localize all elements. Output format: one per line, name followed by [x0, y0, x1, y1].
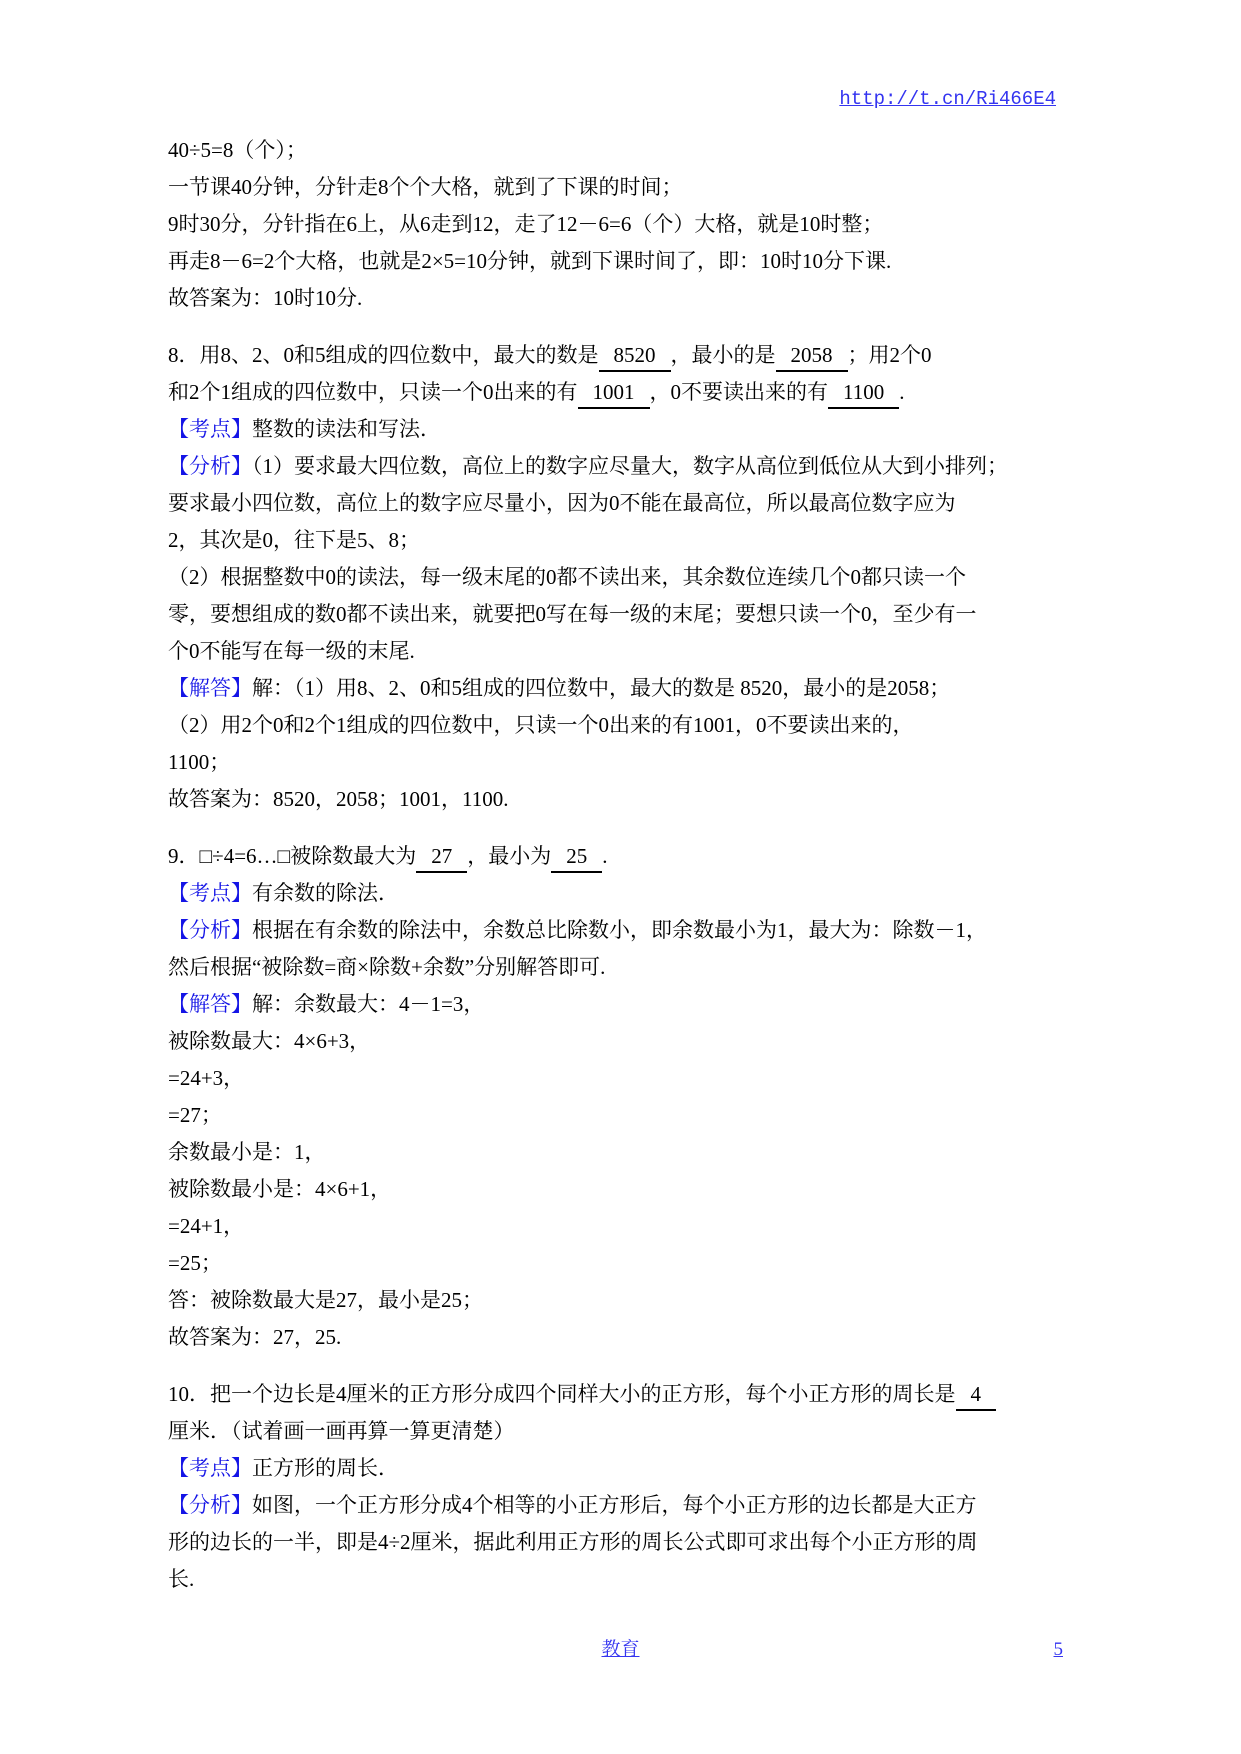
text-line: =24+3， — [168, 1060, 1078, 1097]
text-line: 9时30分，分针指在6上，从6走到12，走了12－6=6（个）大格，就是10时整… — [168, 206, 1078, 243]
line-text: （1）要求最大四位数，高位上的数字应尽量大，数字从高位到低位从大到小排列； — [252, 454, 1008, 478]
line-text: 个0不能写在每一级的末尾. — [168, 639, 415, 663]
answer-blank: 2058 — [776, 340, 848, 372]
line-text: =25； — [168, 1251, 222, 1275]
line-text: 故答案为：10时10分. — [168, 286, 362, 310]
line-text: 如图，一个正方形分成4个相等的小正方形后，每个小正方形的边长都是大正方 — [252, 1493, 977, 1517]
text-line: 余数最小是：1， — [168, 1134, 1078, 1171]
text-line: 厘米．（试着画一画再算一算更清楚） — [168, 1413, 1078, 1450]
section-gap — [168, 818, 1078, 838]
line-text: 故答案为：27，25. — [168, 1325, 341, 1349]
topic-tag: 【解答】 — [168, 676, 252, 700]
line-text: 被除数最大：4×6+3， — [168, 1029, 370, 1053]
document-body: 40÷5=8（个）；一节课40分钟，分针走8个个大格，就到了下课的时间；9时30… — [168, 132, 1078, 1598]
text-line: 被除数最小是：4×6+1， — [168, 1171, 1078, 1208]
answer-blank: 8520 — [599, 340, 671, 372]
line-text: 长. — [168, 1567, 194, 1591]
text-line: 【考点】整数的读法和写法． — [168, 411, 1078, 448]
topic-tag: 【考点】 — [168, 417, 252, 441]
section-gap — [168, 1356, 1078, 1376]
topic-tag: 【考点】 — [168, 1456, 252, 1480]
text-line: =27； — [168, 1097, 1078, 1134]
line-text: 正方形的周长． — [252, 1456, 399, 1480]
text-line: 故答案为：8520，2058；1001，1100. — [168, 781, 1078, 818]
text-line: （2）根据整数中0的读法，每一级末尾的0都不读出来，其余数位连续几个0都只读一个 — [168, 559, 1078, 596]
text-line: 【解答】解：余数最大：4－1=3， — [168, 986, 1078, 1023]
text-line: 故答案为：10时10分. — [168, 280, 1078, 317]
document-page: http://t.cn/Ri466E4 40÷5=8（个）；一节课40分钟，分针… — [0, 0, 1241, 1754]
text-line: 长. — [168, 1561, 1078, 1598]
text-line: 被除数最大：4×6+3， — [168, 1023, 1078, 1060]
line-text: =27； — [168, 1103, 222, 1127]
line-text: . — [899, 380, 904, 404]
page-number-link[interactable]: 5 — [1054, 1639, 1064, 1660]
text-line: 【分析】根据在有余数的除法中，余数总比除数小，即余数最小为1，最大为：除数－1， — [168, 912, 1078, 949]
line-text: 解：（1）用8、2、0和5组成的四位数中，最大的数是 8520，最小的是2058… — [252, 676, 950, 700]
answer-blank: 27 — [416, 841, 467, 873]
line-text: （2）用2个0和2个1组成的四位数中，只读一个0出来的有1001，0不要读出来的… — [168, 713, 914, 737]
line-text: ，最小为 — [467, 844, 551, 868]
line-text: 形的边长的一半，即是4÷2厘米，据此利用正方形的周长公式即可求出每个小正方形的周 — [168, 1530, 978, 1554]
line-text: 答：被除数最大是27，最小是25； — [168, 1288, 483, 1312]
text-line: 【分析】如图，一个正方形分成4个相等的小正方形后，每个小正方形的边长都是大正方 — [168, 1487, 1078, 1524]
answer-blank: 1100 — [828, 377, 899, 409]
footer-education-link[interactable]: 教育 — [601, 1639, 639, 1660]
text-line: 和2个1组成的四位数中，只读一个0出来的有1001，0不要读出来的有1100. — [168, 374, 1078, 411]
text-line: 然后根据“被除数=商×除数+余数”分别解答即可. — [168, 949, 1078, 986]
line-text: 40÷5=8（个）； — [168, 138, 307, 162]
line-text: . — [602, 844, 607, 868]
topic-tag: 【解答】 — [168, 992, 252, 1016]
text-line: 1100； — [168, 744, 1078, 781]
text-line: （2）用2个0和2个1组成的四位数中，只读一个0出来的有1001，0不要读出来的… — [168, 707, 1078, 744]
text-line: =25； — [168, 1245, 1078, 1282]
topic-tag: 【考点】 — [168, 881, 252, 905]
text-line: 再走8－6=2个大格，也就是2×5=10分钟，就到下课时间了，即：10时10分下… — [168, 243, 1078, 280]
line-text: 零，要想组成的数0都不读出来，就要把0写在每一级的末尾；要想只读一个0，至少有一 — [168, 602, 977, 626]
text-line: 8．用8、2、0和5组成的四位数中，最大的数是8520，最小的是2058；用2个… — [168, 337, 1078, 374]
text-line: 个0不能写在每一级的末尾. — [168, 633, 1078, 670]
line-text: 9．□÷4=6…□被除数最大为 — [168, 844, 416, 868]
line-text: =24+1， — [168, 1214, 244, 1238]
footer-page: 5 — [1054, 1638, 1064, 1662]
line-text: 1100； — [168, 750, 230, 774]
text-line: 一节课40分钟，分针走8个个大格，就到了下课的时间； — [168, 169, 1078, 206]
text-line: 2，其次是0，往下是5、8； — [168, 522, 1078, 559]
answer-blank: 4 — [956, 1379, 997, 1411]
text-line: 答：被除数最大是27，最小是25； — [168, 1282, 1078, 1319]
text-line: 40÷5=8（个）； — [168, 132, 1078, 169]
text-line: 零，要想组成的数0都不读出来，就要把0写在每一级的末尾；要想只读一个0，至少有一 — [168, 596, 1078, 633]
text-line: 故答案为：27，25. — [168, 1319, 1078, 1356]
answer-blank: 25 — [551, 841, 602, 873]
line-text: 8．用8、2、0和5组成的四位数中，最大的数是 — [168, 343, 599, 367]
topic-tag: 【分析】 — [168, 454, 252, 478]
line-text: 2，其次是0，往下是5、8； — [168, 528, 420, 552]
line-text: 要求最小四位数，高位上的数字应尽量小，因为0不能在最高位，所以最高位数字应为 — [168, 491, 956, 515]
section-gap — [168, 317, 1078, 337]
line-text: （2）根据整数中0的读法，每一级末尾的0都不读出来，其余数位连续几个0都只读一个 — [168, 565, 966, 589]
topic-tag: 【分析】 — [168, 1493, 252, 1517]
line-text: 厘米．（试着画一画再算一算更清楚） — [168, 1419, 515, 1443]
text-line: 形的边长的一半，即是4÷2厘米，据此利用正方形的周长公式即可求出每个小正方形的周 — [168, 1524, 1078, 1561]
line-text: 解：余数最大：4－1=3， — [252, 992, 484, 1016]
line-text: 10．把一个边长是4厘米的正方形分成四个同样大小的正方形，每个小正方形的周长是 — [168, 1382, 956, 1406]
line-text: =24+3， — [168, 1066, 244, 1090]
text-line: 【考点】有余数的除法． — [168, 875, 1078, 912]
header: http://t.cn/Ri466E4 — [839, 88, 1056, 110]
line-text: 有余数的除法． — [252, 881, 399, 905]
line-text: 整数的读法和写法． — [252, 417, 441, 441]
line-text: ；用2个0 — [848, 343, 932, 367]
text-line: 9．□÷4=6…□被除数最大为27，最小为25. — [168, 838, 1078, 875]
line-text: 和2个1组成的四位数中，只读一个0出来的有 — [168, 380, 578, 404]
line-text: 根据在有余数的除法中，余数总比除数小，即余数最小为1，最大为：除数－1， — [252, 918, 987, 942]
share-url-link[interactable]: http://t.cn/Ri466E4 — [839, 88, 1056, 110]
line-text: ，0不要读出来的有 — [650, 380, 829, 404]
text-line: 【分析】（1）要求最大四位数，高位上的数字应尽量大，数字从高位到低位从大到小排列… — [168, 448, 1078, 485]
topic-tag: 【分析】 — [168, 918, 252, 942]
text-line: =24+1， — [168, 1208, 1078, 1245]
answer-blank: 1001 — [578, 377, 650, 409]
text-line: 要求最小四位数，高位上的数字应尽量小，因为0不能在最高位，所以最高位数字应为 — [168, 485, 1078, 522]
line-text: 9时30分，分针指在6上，从6走到12，走了12－6=6（个）大格，就是10时整… — [168, 212, 883, 236]
line-text: 一节课40分钟，分针走8个个大格，就到了下课的时间； — [168, 175, 683, 199]
line-text: 然后根据“被除数=商×除数+余数”分别解答即可. — [168, 955, 605, 979]
line-text: 余数最小是：1， — [168, 1140, 326, 1164]
text-line: 【考点】正方形的周长． — [168, 1450, 1078, 1487]
text-line: 10．把一个边长是4厘米的正方形分成四个同样大小的正方形，每个小正方形的周长是4 — [168, 1376, 1078, 1413]
line-text: 故答案为：8520，2058；1001，1100. — [168, 787, 508, 811]
line-text: ，最小的是 — [671, 343, 776, 367]
text-line: 【解答】解：（1）用8、2、0和5组成的四位数中，最大的数是 8520，最小的是… — [168, 670, 1078, 707]
line-text: 被除数最小是：4×6+1， — [168, 1177, 391, 1201]
line-text: 再走8－6=2个大格，也就是2×5=10分钟，就到下课时间了，即：10时10分下… — [168, 249, 891, 273]
